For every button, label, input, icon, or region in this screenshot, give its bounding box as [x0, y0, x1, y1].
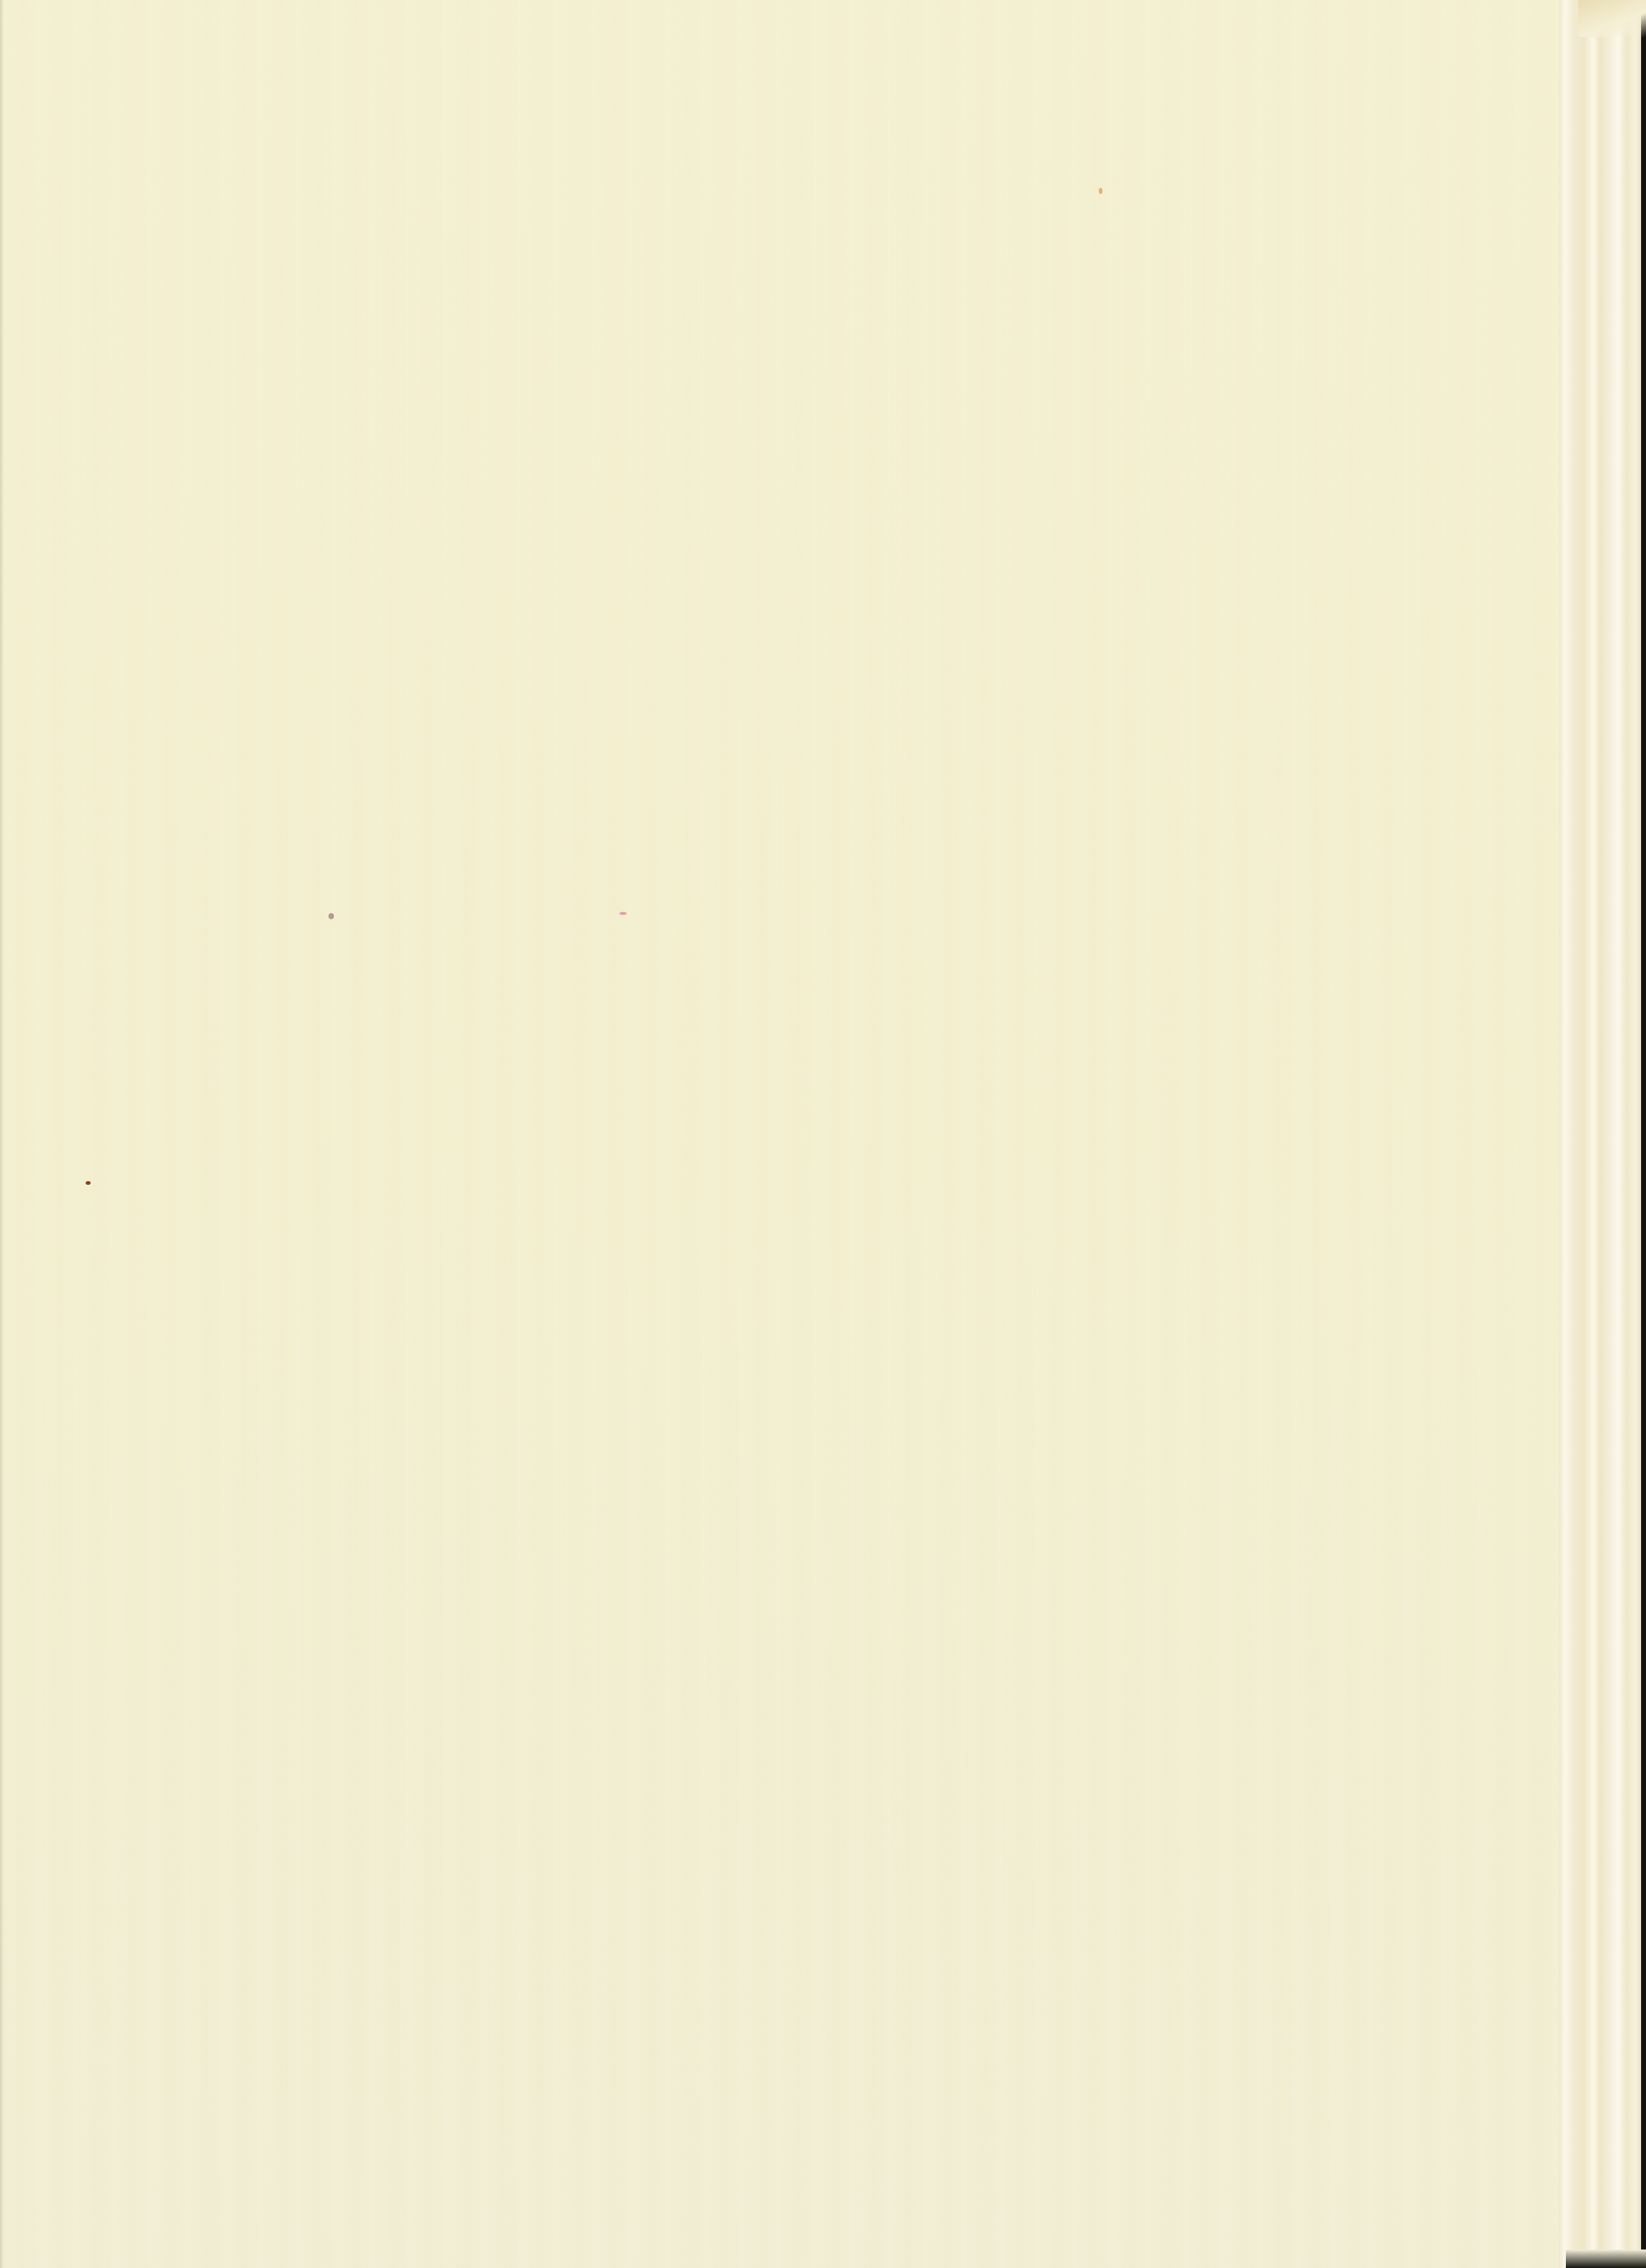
spine-hinge: [1559, 0, 1646, 2268]
speck-pink: [619, 912, 627, 915]
cover-left-edge: [0, 0, 4, 2268]
cover-surface: [0, 0, 1570, 2268]
spine-shadow: [1641, 0, 1646, 2268]
speck-orange: [1099, 188, 1102, 194]
speck-brown: [86, 1181, 91, 1185]
bottom-right-corner: [1566, 2250, 1646, 2268]
top-right-corner: [1578, 0, 1646, 37]
speck-mauve: [328, 913, 334, 919]
book-back-cover: [0, 0, 1646, 2268]
